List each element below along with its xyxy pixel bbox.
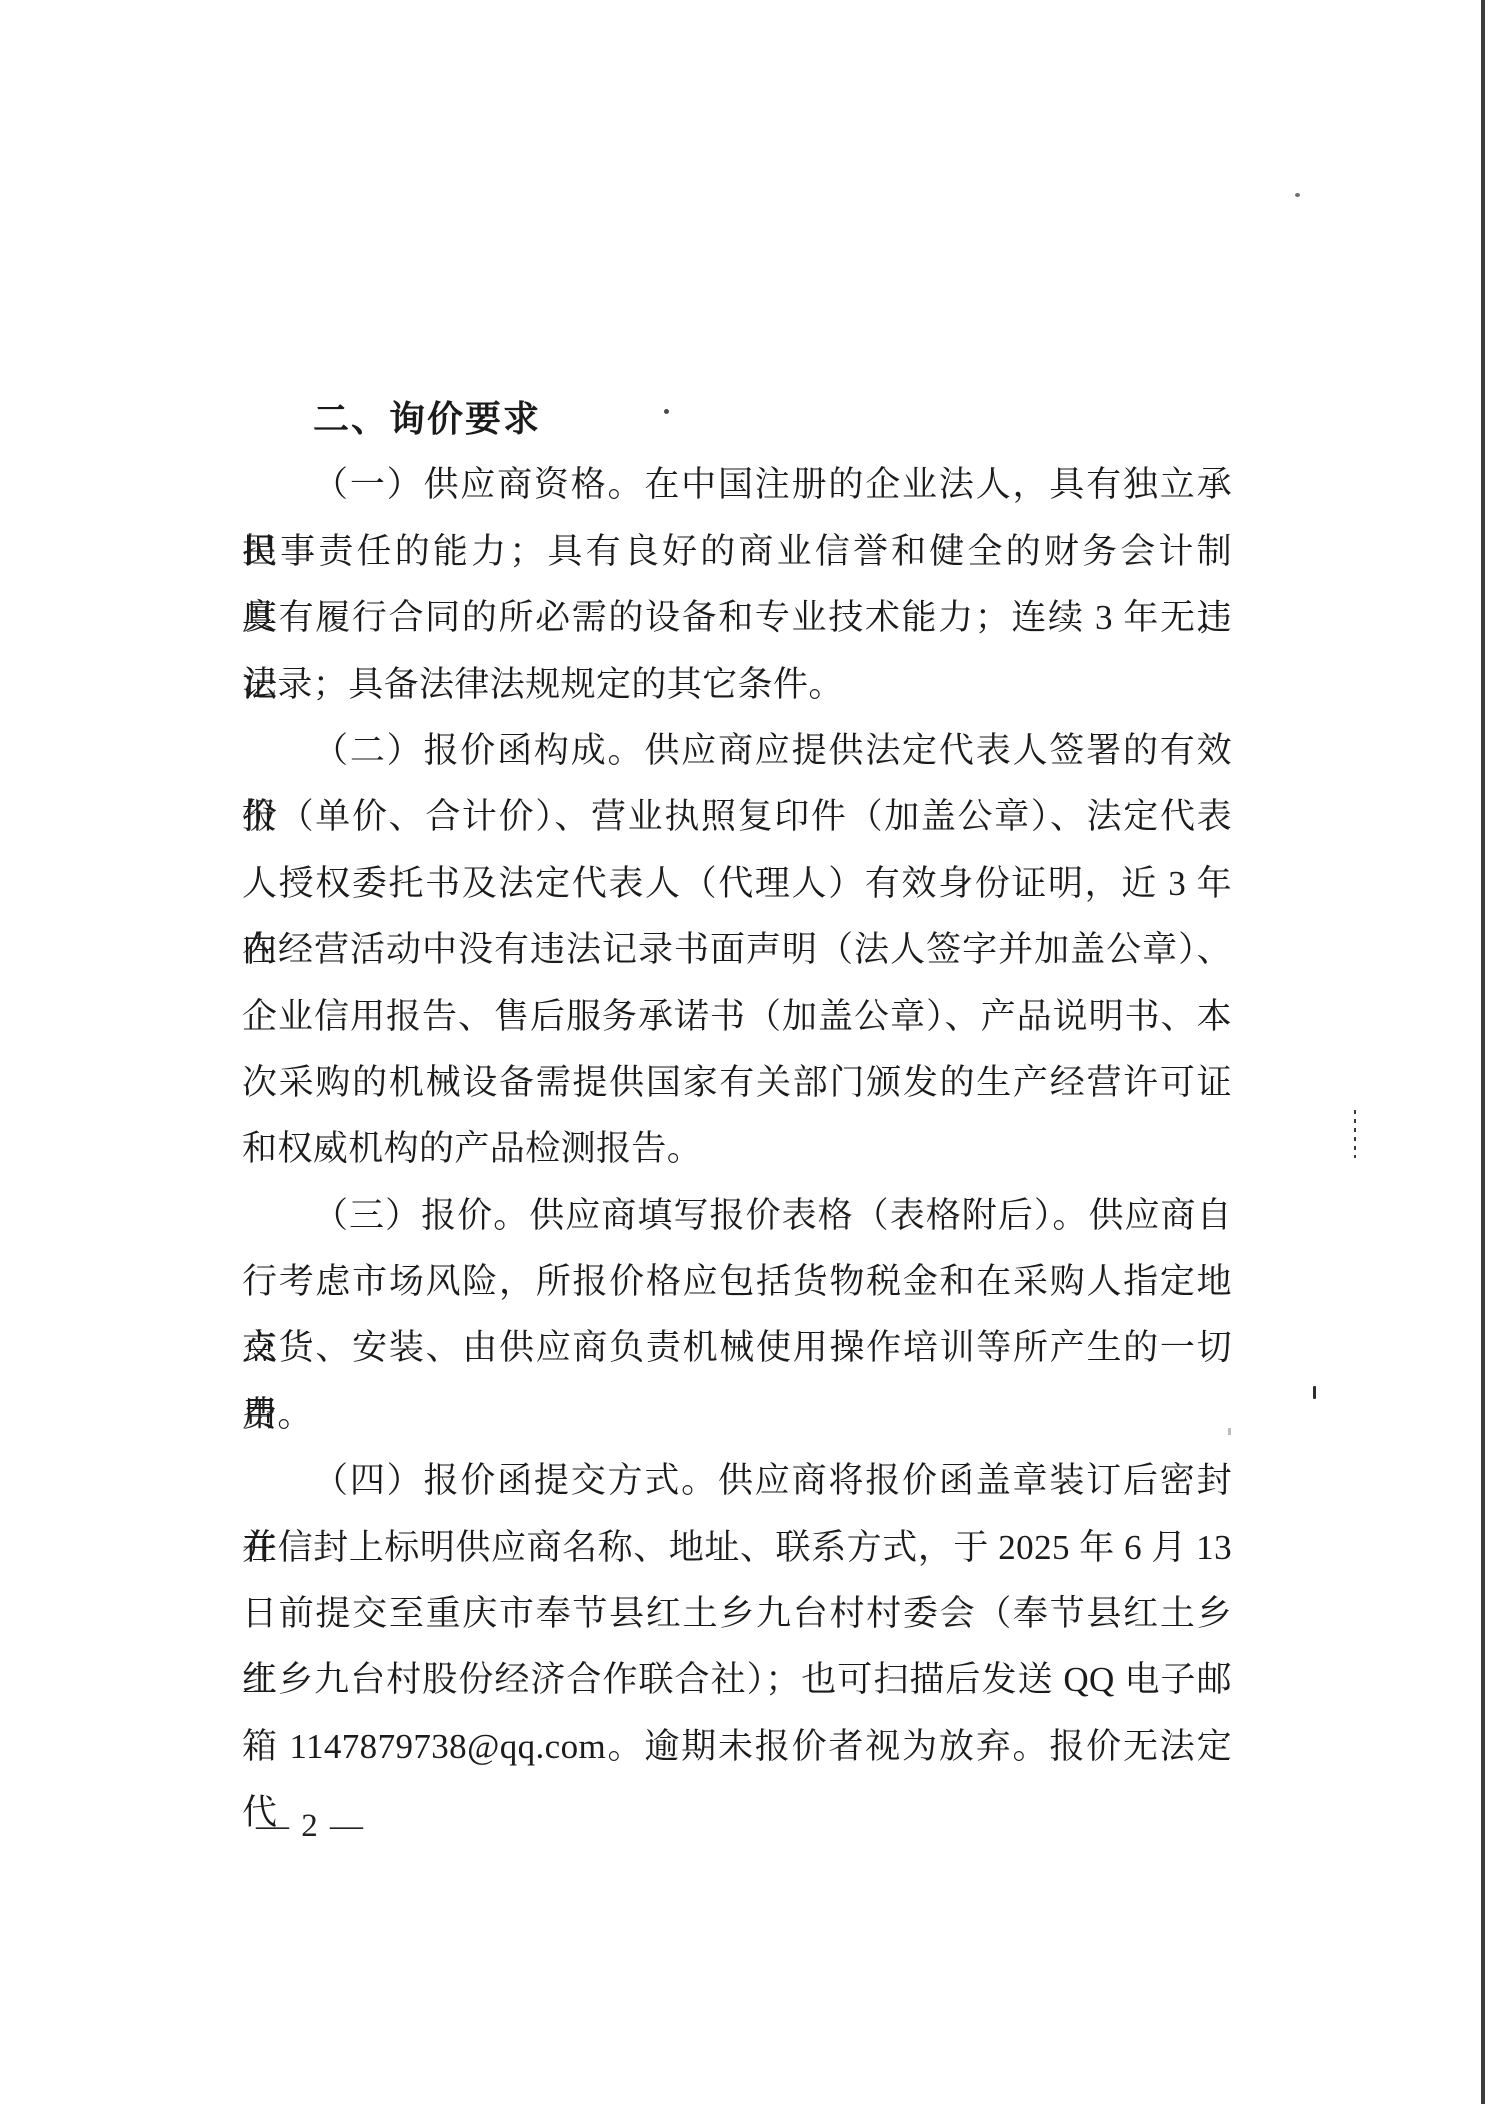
body-line: 交货、安装、由供应商负责机械使用操作培训等所产生的一切费 [242,1315,1232,1381]
body-line: 日前提交至重庆市奉节县红土乡九台村村委会（奉节县红土乡红 [242,1581,1232,1647]
body-line: 企业信用报告、售后服务承诺书（加盖公章）、产品说明书、本 [242,984,1232,1050]
body-line: （二）报价函构成。供应商应提供法定代表人签署的有效报 [242,718,1232,784]
document-body: 二、询价要求 （一）供应商资格。在中国注册的企业法人，具有独立承担 民事责任的能… [242,386,1232,1780]
scan-speck [1295,193,1300,197]
section-heading: 二、询价要求 [242,386,1232,452]
scan-dashed-mark [1354,1110,1356,1158]
body-line: 民事责任的能力；具有良好的商业信誉和健全的财务会计制度； [242,519,1232,585]
body-line: 具有履行合同的所必需的设备和专业技术能力；连续 3 年无违法 [242,585,1232,651]
body-line: 记录；具备法律法规规定的其它条件。 [242,652,1232,718]
page-number: — 2 — [256,1806,365,1846]
body-line: 在信封上标明供应商名称、地址、联系方式，于 2025 年 6 月 13 [242,1515,1232,1581]
scan-edge-shadow [1481,0,1485,2104]
body-line: 土乡九台村股份经济合作联合社）；也可扫描后发送 QQ 电子邮 [242,1647,1232,1713]
body-line: （三）报价。供应商填写报价表格（表格附后）。供应商自 [242,1183,1232,1249]
body-line: 次采购的机械设备需提供国家有关部门颁发的生产经营许可证 [242,1050,1232,1116]
body-line: 和权威机构的产品检测报告。 [242,1116,1232,1182]
body-line: 用。 [242,1382,1232,1448]
body-line: 箱 1147879738@qq.com。逾期未报价者视为放弃。报价无法定代 [242,1714,1232,1780]
body-line: （四）报价函提交方式。供应商将报价函盖章装订后密封并 [242,1448,1232,1514]
scan-speck [664,409,669,414]
scan-speck [1228,1428,1231,1435]
body-line: 行考虑市场风险，所报价格应包括货物税金和在采购人指定地点 [242,1249,1232,1315]
body-line: 在经营活动中没有违法记录书面声明（法人签字并加盖公章）、 [242,917,1232,983]
scanned-document-page: 二、询价要求 （一）供应商资格。在中国注册的企业法人，具有独立承担 民事责任的能… [0,0,1488,2104]
body-line: 价（单价、合计价）、营业执照复印件（加盖公章）、法定代表 [242,784,1232,850]
scan-tick-mark [1313,1386,1316,1399]
body-line: 人授权委托书及法定代表人（代理人）有效身份证明，近 3 年内 [242,851,1232,917]
body-line: （一）供应商资格。在中国注册的企业法人，具有独立承担 [242,452,1232,518]
